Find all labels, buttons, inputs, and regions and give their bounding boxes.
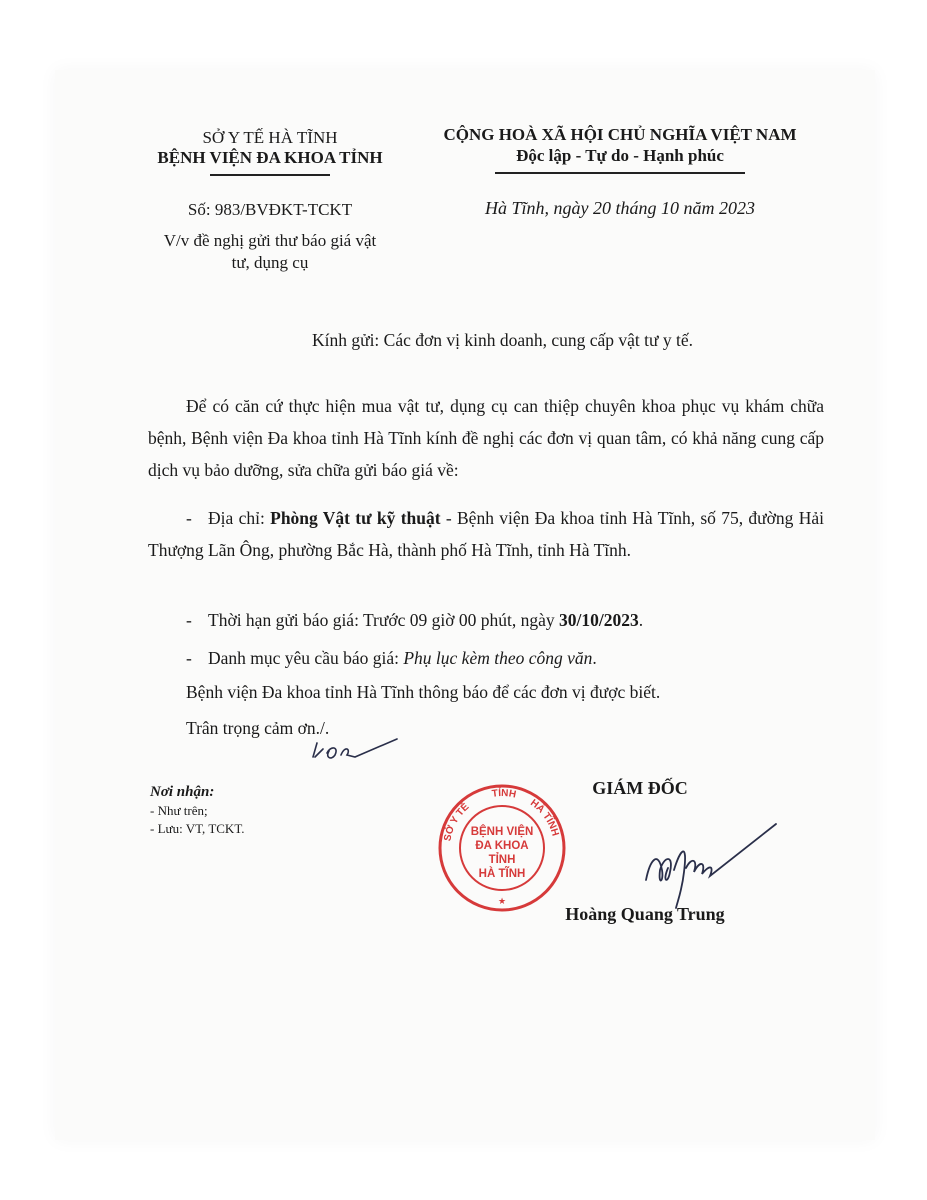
- document-date: Hà Tĩnh, ngày 20 tháng 10 năm 2023: [410, 198, 830, 219]
- deadline-item: -Thời hạn gửi báo giá: Trước 09 giờ 00 p…: [148, 604, 824, 636]
- notice-paragraph: Bệnh viện Đa khoa tỉnh Hà Tĩnh thông báo…: [148, 676, 824, 708]
- subject-block: V/v đề nghị gửi thư báo giá vật tư, dụng…: [125, 230, 415, 274]
- subject-line-1: V/v đề nghị gửi thư báo giá vật: [125, 230, 415, 252]
- bullet-dash: -: [186, 502, 208, 534]
- issuing-agency-block: SỞ Y TẾ HÀ TĨNH BỆNH VIỆN ĐA KHOA TỈNH: [125, 128, 415, 176]
- svg-text:HÀ TĨNH: HÀ TĨNH: [479, 867, 526, 880]
- motto-underline: [495, 172, 745, 174]
- director-signature-icon: [640, 820, 780, 910]
- recipient-item: - Lưu: VT, TCKT.: [150, 820, 410, 838]
- intro-paragraph: Để có căn cứ thực hiện mua vật tư, dụng …: [148, 390, 824, 486]
- recipients-title: Nơi nhận:: [150, 782, 410, 802]
- recipients-block: Nơi nhận: - Như trên; - Lưu: VT, TCKT.: [150, 782, 410, 838]
- initials-mark-icon: [305, 735, 405, 770]
- motto: Độc lập - Tự do - Hạnh phúc: [410, 146, 830, 166]
- svg-text:TỈNH: TỈNH: [489, 853, 516, 866]
- signer-title: GIÁM ĐỐC: [540, 778, 740, 799]
- document-number: Số: 983/BVĐKT-TCKT: [125, 200, 415, 220]
- salutation: Kính gửi: Các đơn vị kinh doanh, cung cấ…: [130, 330, 875, 351]
- closing-line: Trân trọng cảm ơn./.: [148, 712, 824, 744]
- signer-name: Hoàng Quang Trung: [500, 904, 790, 925]
- bullet-dash: -: [186, 604, 208, 636]
- address-item: -Địa chỉ: Phòng Vật tư kỹ thuật - Bệnh v…: [148, 502, 824, 566]
- recipient-item: - Như trên;: [150, 802, 410, 820]
- hospital-name: BỆNH VIỆN ĐA KHOA TỈNH: [125, 148, 415, 168]
- svg-text:BỆNH VIỆN: BỆNH VIỆN: [471, 825, 534, 838]
- catalog-item: -Danh mục yêu cầu báo giá: Phụ lục kèm t…: [148, 642, 824, 674]
- subject-line-2: tư, dụng cụ: [125, 252, 415, 274]
- nation-title: CỘNG HOÀ XÃ HỘI CHỦ NGHĨA VIỆT NAM: [410, 124, 830, 146]
- svg-text:ĐA KHOA: ĐA KHOA: [475, 840, 528, 852]
- national-header-block: CỘNG HOÀ XÃ HỘI CHỦ NGHĨA VIỆT NAM Độc l…: [410, 124, 830, 174]
- bullet-dash: -: [186, 642, 208, 674]
- official-stamp-icon: SỞ Y TẾ TỈNH HÀ TĨNH BỆNH VIỆN ĐA KHOA T…: [437, 783, 567, 913]
- header-underline: [210, 174, 330, 176]
- address-department: Phòng Vật tư kỹ thuật: [270, 508, 440, 528]
- deadline-date: 30/10/2023: [559, 610, 639, 630]
- agency-name: SỞ Y TẾ HÀ TĨNH: [125, 128, 415, 148]
- catalog-reference: Phụ lục kèm theo công văn: [403, 648, 592, 668]
